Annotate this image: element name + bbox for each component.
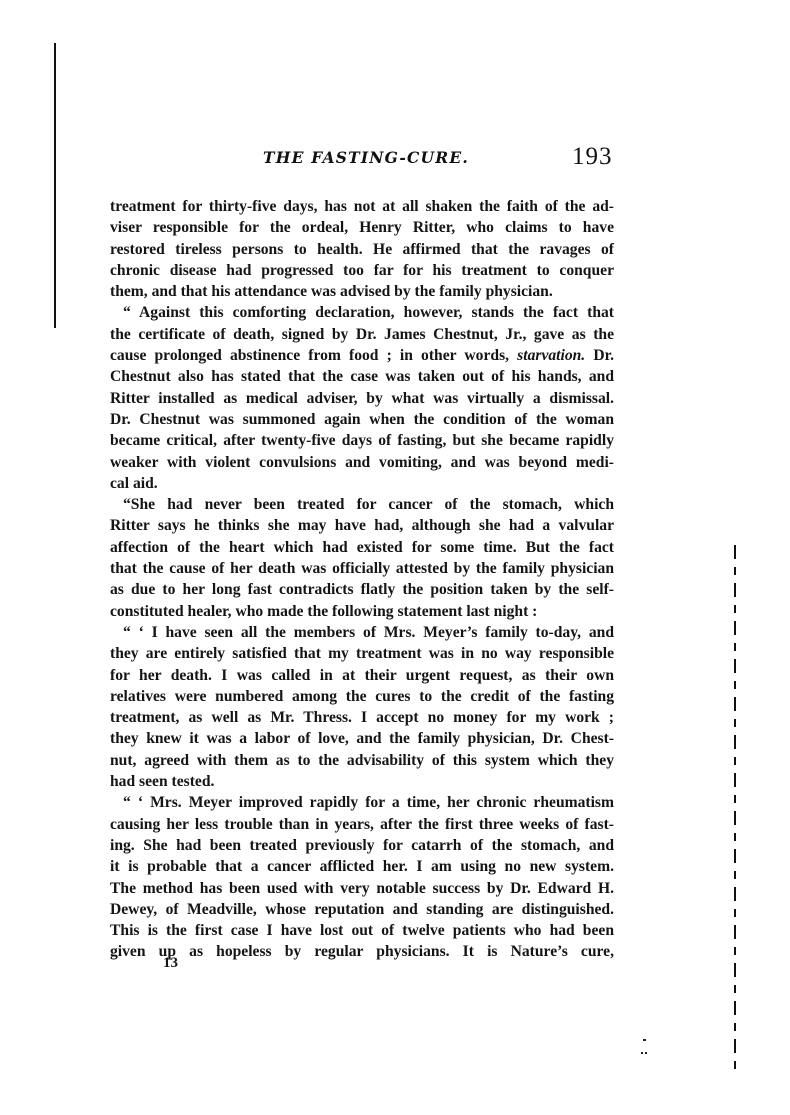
text-line: treatment, as well as Mr. Thress. I acce… xyxy=(110,707,614,728)
scan-speck xyxy=(641,1052,643,1054)
text-line: the certificate of death, signed by Dr. … xyxy=(110,324,614,345)
running-head: THE FASTING-CURE. xyxy=(263,148,469,167)
body-text: treatment for thirty-five days, has not … xyxy=(110,196,614,963)
text-line: chronic disease had progressed too far f… xyxy=(110,260,614,281)
text-line: them, and that his attendance was advise… xyxy=(110,281,614,302)
signature-mark: 13 xyxy=(163,955,178,972)
text-line: restored tireless persons to health. He … xyxy=(110,239,614,260)
text-line: “She had never been treated for cancer o… xyxy=(110,494,614,515)
scan-edge-line-left xyxy=(54,43,56,328)
text-line: Dewey, of Meadville, whose reputation an… xyxy=(110,899,614,920)
italic-emphasis: starvation. xyxy=(517,347,585,364)
text-line: treatment for thirty-five days, has not … xyxy=(110,196,614,217)
text-line: Ritter says he thinks she may have had, … xyxy=(110,515,614,536)
scan-edge-line-right xyxy=(734,545,736,1070)
text-line: “ ‘ Mrs. Meyer improved rapidly for a ti… xyxy=(110,792,614,813)
text-line: for her death. I was called in at their … xyxy=(110,665,614,686)
page-number: 193 xyxy=(572,143,613,171)
text-line: relatives were numbered among the cures … xyxy=(110,686,614,707)
text-line: causing her less trouble than in years, … xyxy=(110,814,614,835)
text-line: given up as hopeless by regular physicia… xyxy=(110,941,614,962)
text-line: affection of the heart which had existed… xyxy=(110,537,614,558)
text-line: “ ‘ I have seen all the members of Mrs. … xyxy=(110,622,614,643)
text-line: The method has been used with very notab… xyxy=(110,878,614,899)
text-line: it is probable that a cancer afflicted h… xyxy=(110,856,614,877)
text-line: weaker with violent convulsions and vomi… xyxy=(110,452,614,473)
text-line: Dr. Chestnut was summoned again when the… xyxy=(110,409,614,430)
text-line: Ritter installed as medical adviser, by … xyxy=(110,388,614,409)
text-line: had seen tested. xyxy=(110,771,614,792)
text-line: cause prolonged abstinence from food ; i… xyxy=(110,345,614,366)
text-line: they knew it was a labor of love, and th… xyxy=(110,728,614,749)
text-line: that the cause of her death was official… xyxy=(110,558,614,579)
text-line: constituted healer, who made the followi… xyxy=(110,601,614,622)
text-line: became critical, after twenty-five days … xyxy=(110,430,614,451)
text-line: as due to her long fast contradicts flat… xyxy=(110,579,614,600)
scan-speck xyxy=(643,1039,646,1041)
scan-speck xyxy=(645,1052,647,1054)
text-line: nut, agreed with them as to the advisabi… xyxy=(110,750,614,771)
text-line: cal aid. xyxy=(110,473,614,494)
text-line: Chestnut also has stated that the case w… xyxy=(110,366,614,387)
text-line: ing. She had been treated previously for… xyxy=(110,835,614,856)
text-line: viser responsible for the ordeal, Henry … xyxy=(110,217,614,238)
text-line: This is the first case I have lost out o… xyxy=(110,920,614,941)
book-page: THE FASTING-CURE. 193 treatment for thir… xyxy=(0,0,790,1115)
text-line: they are entirely satisfied that my trea… xyxy=(110,643,614,664)
text-line: “ Against this comforting declaration, h… xyxy=(110,302,614,323)
